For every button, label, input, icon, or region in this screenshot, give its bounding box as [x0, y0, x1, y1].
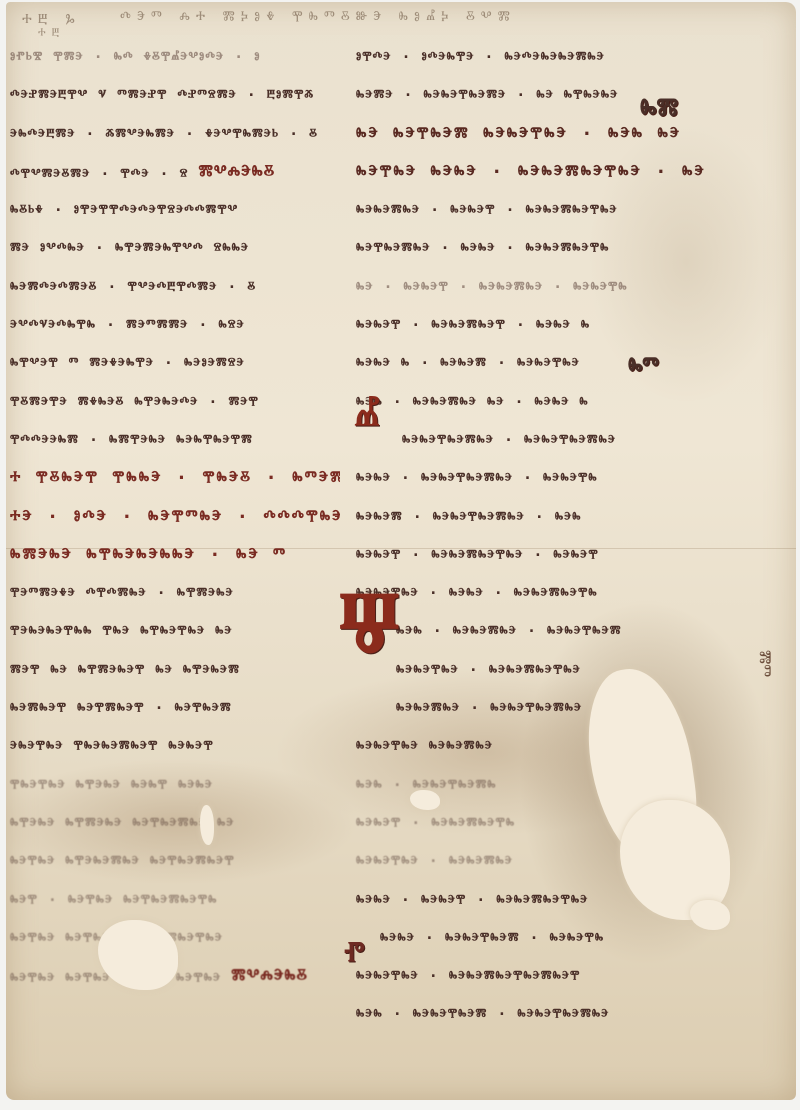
rubric-heading: ⰿⰲⰾⰵⰸⰻ: [198, 160, 275, 184]
text-line: ⰸⰵⰸⰵⰹⰸⰵ · ⰸⰵⰸⰵ · ⰸⰵⰸⰵⰿⰸⰵⰹⰸ: [356, 574, 726, 612]
water-damage-stain: [200, 805, 214, 845]
text-line: ⰸⰵⰸⰵⰹⰸⰵⰿⰸⰵ · ⰸⰵⰸⰵⰹⰸⰵⰿⰸⰵ: [356, 421, 726, 459]
text-line: ⰿⰵ ⱁⰲⰴⰸⰵ · ⰸⰹⰵⰿⰵⰸⰹⰲⰴ ⱄⰸⰸⰵ: [10, 229, 340, 267]
text-line: ⰹⰴⰴⰵⰵⰸⰿ · ⰸⰿⰹⰵⰸⰵ ⰸⰵⰸⰹⰸⰵⰹⰿ: [10, 421, 340, 459]
text-line: [10, 995, 340, 1033]
text-line: ⰹⰵⰸⰵⰸⰵⰹⰸⰸ ⰹⰸⰵ ⰸⰹⰸⰵⰹⰸⰵ ⰸⰵ: [10, 612, 340, 650]
text-line: ⰴⰵⱀⰿⰵⰱⰹⰲ ⱌ ⱅⰿⰵⱀⰹ ⰴⱀⱅⱄⰿⰵ · ⰱⱁⰿⰹⰶ: [10, 76, 340, 114]
text-line: ⰸⰻⱃⰷ · ⱁⰹⰵⰹⰹⰴⰵⰴⰵⰹⱄⰵⰴⰴⰿⰹⰲ: [10, 191, 340, 229]
text-line: ⰸⰵⰸ · ⰸⰵⰸⰵⰿⰸⰵ · ⰸⰵⰸⰵⰹⰸⰵⰿ: [356, 612, 726, 650]
text-line: ⱁⱂⱃⰺ ⰹⰿⰵ · ⰸⰴ ⰷⰻⰹⰼⰵⰲⱁⰴⰵ · ⱁ: [10, 38, 340, 76]
text-line: ⰸⰵⰸⰵ · ⰸⰵⰸⰵⰹⰸⰵⰿ · ⰸⰵⰸⰵⰹⰸ: [356, 919, 726, 957]
left-column: ⱁⱂⱃⰺ ⰹⰿⰵ · ⰸⰴ ⰷⰻⰹⰼⰵⰲⱁⰴⰵ · ⱁ ⰴⰵⱀⰿⰵⰱⰹⰲ ⱌ ⱅ…: [10, 38, 340, 1034]
text-line: ⰸⰵⰹⰸⰵ ⰸⰹⰵⰸⰵⰿⰸⰵ ⰸⰵⰹⰸⰵⰿⰸⰵⰹ: [10, 842, 340, 880]
text-line: ⰸⰹⰲⰵⰹ ⱅ ⰿⰵⰷⰵⰸⰹⰵ · ⰸⰵⱁⰵⰿⱄⰵ: [10, 344, 340, 382]
right-margin-note: ⰿⱅ: [752, 650, 776, 677]
text-line: ⰸⰵ · ⰸⰵⰸⰵⰹ · ⰸⰵⰸⰵⰿⰸⰵ · ⰸⰵⰸⰵⰹⰸ: [356, 268, 726, 306]
text-line: ⰸⰵⰸⰵⰹ · ⰸⰵⰸⰵⰿⰸⰵⰹ · ⰸⰵⰸⰵ ⰸ: [356, 306, 726, 344]
text-line: ⰸⰵⰸ · ⰸⰵⰸⰵⰹⰸⰵⰿ · ⰸⰵⰸⰵⰹⰸⰵⰿⰸⰵ: [356, 995, 726, 1033]
text-line: ⰸⰵⰸ · ⰸⰵⰸⰵⰿⰸⰵ ⰸⰵ · ⰸⰵⰸⰵ ⰸ: [356, 383, 726, 421]
text-line: ⰸⰹⰵⰸⰵ ⰸⰹⰿⰵⰸⰵ ⰸⰵⰹⰸⰵⰿⰸⰵ ⰸⰵ: [10, 804, 340, 842]
text-line: ⰸⰵⰸⰵⰹⰸⰵ · ⰸⰵⰸⰵⰿⰸⰵⰹⰸⰵ: [356, 651, 726, 689]
text-line: ⰸⰵⰸⰵⰹ · ⰸⰵⰸⰵⰿⰸⰵⰹⰸⰵ · ⰸⰵⰸⰵⰹ: [356, 536, 726, 574]
text-line: ⰸⰵⰸⰵ ⰸ · ⰸⰵⰸⰵⰿ · ⰸⰵⰸⰵⰹⰸⰵ: [356, 344, 726, 382]
text-line: ⰸⰵⰹ · ⰸⰵⰹⰸⰵ ⰸⰵⰹⰸⰵⰿⰸⰵⰹⰸ: [10, 881, 340, 919]
small-initial: Ⱂ: [344, 935, 365, 969]
text-line: ⰸⰵⰸⰵⰿ · ⰸⰵⰸⰵⰹⰸⰵⰿⰸⰵ · ⰸⰵⰸ: [356, 498, 726, 536]
top-margin-running-note: ⰴⰵⱅ ⰾⰰ ⰿⰽⱁⰷ ⰹⰸⱅⰻⱆⰵ ⰸⱁⰼⰽ ⰻⰲⰿ: [120, 8, 516, 28]
text-line: ⰴⰹⰲⰿⰵⰻⰿⰵ · ⰹⰴⰵ · ⱄ ⰿⰲⰾⰵⰸⰻ: [10, 153, 340, 191]
text-line: ⰵⰸⰴⰵⰱⰿⰵ · ⰶⰿⰲⰵⰸⰿⰵ · ⰷⰵⰲⰹⰸⰿⰵⱃ · ⰻ: [10, 115, 340, 153]
text-line: ⰹⰸⰵⰹⰸⰵ ⰸⰹⰵⰸⰵ ⰸⰵⰸⰹ ⰸⰵⰸⰵ: [10, 766, 340, 804]
rubric-heading: ⰿⰲⰾⰵⰸⰻ: [231, 964, 308, 988]
marginal-rubric: ⰸⰿ: [640, 92, 678, 127]
text-line: ⰹⰻⰿⰵⰹⰵ ⰿⰷⰸⰵⰻ ⰸⰹⰵⰸⰵⰴⰵ · ⰿⰵⰹ: [10, 383, 340, 421]
rubric-line: ⰸⰿⰵⰸⰵ ⰸⰹⰸⰵⰸⰵⰸⰸⰵ · ⰸⰵ ⱅ: [10, 536, 340, 574]
text-line: ⰵⰲⰴⱌⰵⰴⰸⰹⰸ · ⰿⰵⱅⰿⰿⰵ · ⰸⱄⰵ: [10, 306, 340, 344]
text-line: ⰿⰵⰹ ⰸⰵ ⰸⰹⰿⰵⰸⰵⰹ ⰸⰵ ⰸⰹⰵⰸⰵⰿ: [10, 651, 340, 689]
text-line: ⰸⰵⰿⰸⰵⰹ ⰸⰵⰹⰿⰸⰵⰹ · ⰸⰵⰹⰸⰵⰿ: [10, 689, 340, 727]
rubric-line: ⰰⰵ · ⱁⰴⰵ · ⰸⰵⰹⱅⰸⰵ · ⰴⰴⰴⰹⰸⰵⰿⰸⰵ: [10, 498, 340, 536]
large-decorated-initial: Ⱋ: [338, 580, 401, 666]
text-line: ⰹⰵⱅⰿⰵⰷⰵ ⰴⰹⰴⰿⰸⰵ · ⰸⰹⰿⰵⰸⰵ: [10, 574, 340, 612]
text-line: ⰸⰵⰹⰸⰵⰿⰸⰵ · ⰸⰵⰸⰵ · ⰸⰵⰸⰵⰿⰸⰵⰹⰸ: [356, 229, 726, 267]
marginal-rubric: ⰸⱅ: [628, 352, 659, 383]
text-line: ⰸⰵⰸⰵⰿⰸⰵ · ⰸⰵⰸⰵⰹ · ⰸⰵⰸⰵⰿⰸⰵⰹⰸⰵ: [356, 191, 726, 229]
text-line: ⰸⰵⰿⰴⰵⰴⰿⰵⰻ · ⰹⰲⰵⰴⰱⰹⰴⰿⰵ · ⰻ: [10, 268, 340, 306]
rubric-line: ⰰ ⰹⰻⰸⰵⰹ ⰹⰸⰸⰵ · ⰹⰸⰵⰻ · ⰸⱅⰵⰿⰹⰸⰸ: [10, 459, 340, 497]
text-line: ⰸⰵⰸⰵⰹⰸⰵ · ⰸⰵⰸⰵⰿⰸⰵⰹⰸⰵⰿⰸⰵⰹ: [356, 957, 726, 995]
text-line: ⱁⰹⰴⰵ · ⱁⰴⰵⰸⰹⰵ · ⰸⰵⰴⰵⰸⰵⰸⰵⰿⰸⰵ: [356, 38, 726, 76]
text-line: ⰵⰸⰵⰹⰸⰵ ⰹⰸⰵⰸⰵⰿⰸⰵⰹ ⰸⰵⰸⰵⰹ: [10, 727, 340, 765]
text-line: ⰸⰵⰸⰵ · ⰸⰵⰸⰵⰹⰸⰵⰿⰸⰵ · ⰸⰵⰸⰵⰹⰸ: [356, 459, 726, 497]
text-line: ⰸⰵⰹⰸⰵ ⰸⰵⰸⰵ · ⰸⰵⰸⰵⰿⰸⰵⰹⰸⰵ · ⰸⰵ: [356, 153, 726, 191]
decorated-initial: Ⰼ: [354, 392, 380, 435]
